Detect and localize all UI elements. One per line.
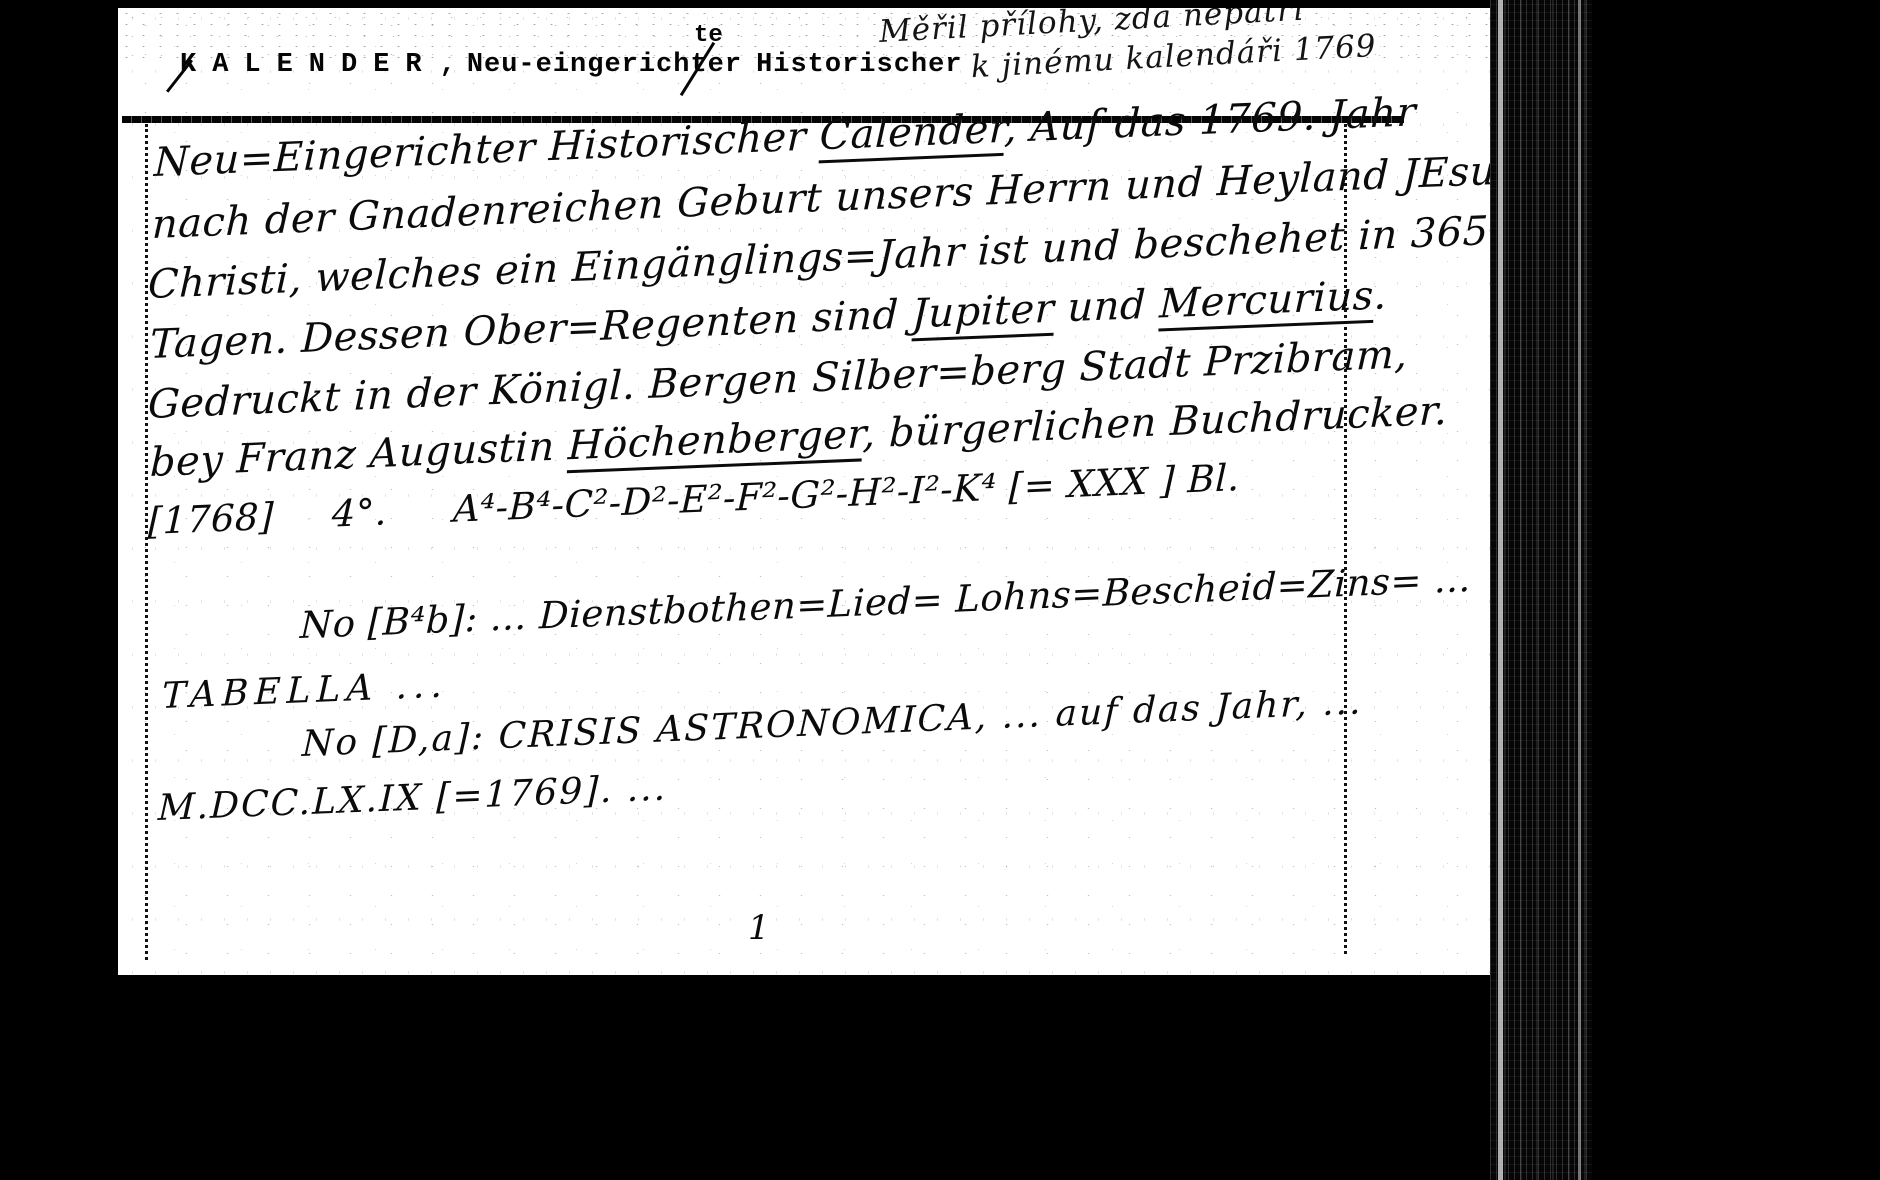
header-separator: , [440, 50, 457, 80]
manuscript-line-note1: No [B⁴b]: ... Dienstbothen=Lied= Lohns=B… [299, 557, 1471, 647]
manuscript-line-tabella: TABELLA ... [161, 664, 448, 717]
scanned-catalog-card: { "header": { "keyword": "KALENDER", "se… [0, 0, 1880, 1180]
manuscript-line-crisis: No [D,a]: CRISIS ASTRONOMICA, ... auf da… [301, 681, 1363, 765]
ms-text: . [1373, 272, 1388, 319]
handwritten-insertion: te [694, 22, 723, 49]
typed-header: KALENDER,Neu-eingerichterHistorischer [180, 50, 963, 80]
manuscript-line-roman-year: M.DCC.LX.IX [=1769]. ... [157, 768, 668, 830]
pencil-annotation: Měřil přílohy, zda nepatří k jinému kale… [878, 8, 1490, 92]
ms-text: Neu=Eingerichter Historischer [153, 113, 820, 186]
ms-text: bey Franz Augustin [149, 423, 568, 486]
film-edge-streak [1578, 0, 1581, 1180]
ms-text: No [D,a]: CRISIS ASTRONOMICA, ... auf da… [301, 681, 1363, 765]
ms-text: , Auf das 1769. Jahr [1003, 89, 1416, 152]
ms-text: M.DCC.LX.IX [=1769]. ... [157, 768, 668, 830]
ms-underlined-word: Mercurius [1159, 273, 1375, 332]
scan-page: KALENDER,Neu-eingerichterHistorischer te… [118, 8, 1490, 975]
ms-underlined-word: Höchenberger [567, 411, 863, 473]
ms-format: 4°. [331, 490, 388, 535]
ms-year-bracket: [1768] [147, 495, 274, 543]
ms-underlined-word: Jupiter [911, 286, 1055, 342]
page-mark: 1 [748, 908, 770, 948]
ms-text: TABELLA ... [161, 664, 448, 717]
ms-text: No [B⁴b]: ... Dienstbothen=Lied= Lohns=B… [299, 557, 1471, 647]
header-keyword: KALENDER [180, 50, 438, 80]
ms-underlined-word: Calender [819, 106, 1005, 164]
film-edge-band [1490, 0, 1592, 1180]
ms-text: und [1054, 281, 1160, 331]
film-edge-streak [1498, 0, 1503, 1180]
ms-text: , bürgerlichen Buchdrucker. [862, 388, 1448, 458]
header-text-before: Neu-eingerich [467, 50, 691, 80]
